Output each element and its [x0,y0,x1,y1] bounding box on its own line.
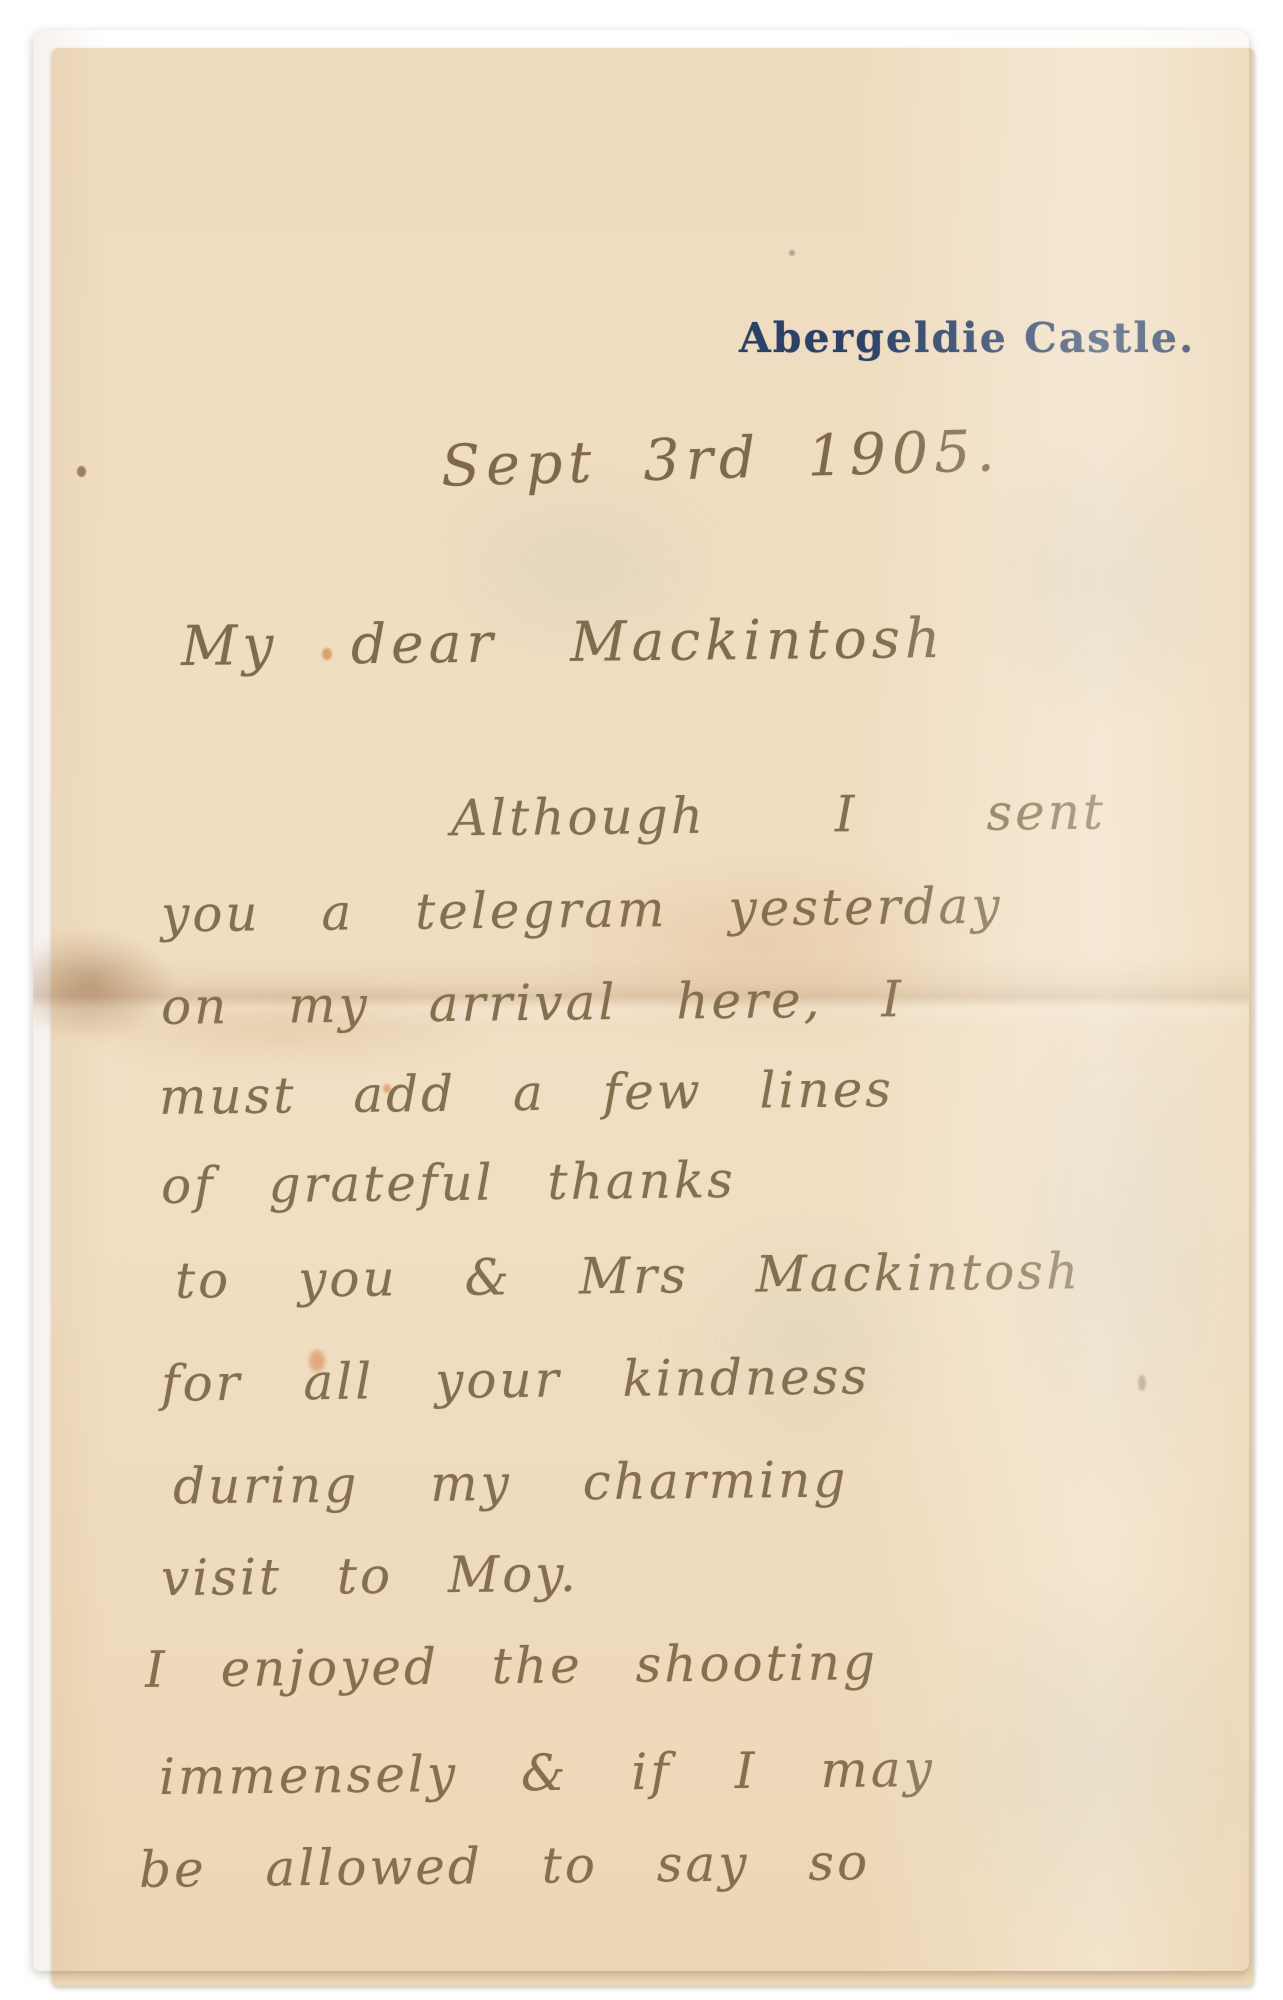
letter-line: of grateful thanks [161,1151,736,1215]
show-through-writing [993,960,1249,1520]
show-through-writing [933,1570,1249,1950]
paper-speck [789,250,795,256]
letter-line: immensely & if I may [159,1740,935,1806]
paper-speck [77,466,86,477]
letter-line: during my charming [173,1450,849,1515]
salutation: My dear Mackintosh [181,606,946,678]
letter-line: for all your kindness [161,1347,871,1412]
letter-line: visit to Moy. [161,1545,579,1607]
letter-line: you a telegram yesterday [161,877,1003,944]
show-through-writing [973,430,1233,730]
date-line: Sept 3rd 1905. [440,418,1001,500]
letter-line: on my arrival here, I [161,970,905,1036]
letterhead-text: Abergeldie Castle. [739,314,1195,362]
paper-speck [1138,1375,1146,1391]
letter-line: I enjoyed the shooting [145,1633,878,1699]
letter-photograph: Abergeldie Castle. Sept 3rd 1905. My dea… [0,0,1283,2000]
letter-page: Abergeldie Castle. Sept 3rd 1905. My dea… [33,30,1249,1971]
letter-line: must add a few lines [159,1060,894,1126]
letter-line: Although I sent [451,783,1107,848]
letter-line: to you & Mrs Mackintosh [175,1242,1082,1309]
letter-line: be allowed to say so [139,1833,871,1899]
